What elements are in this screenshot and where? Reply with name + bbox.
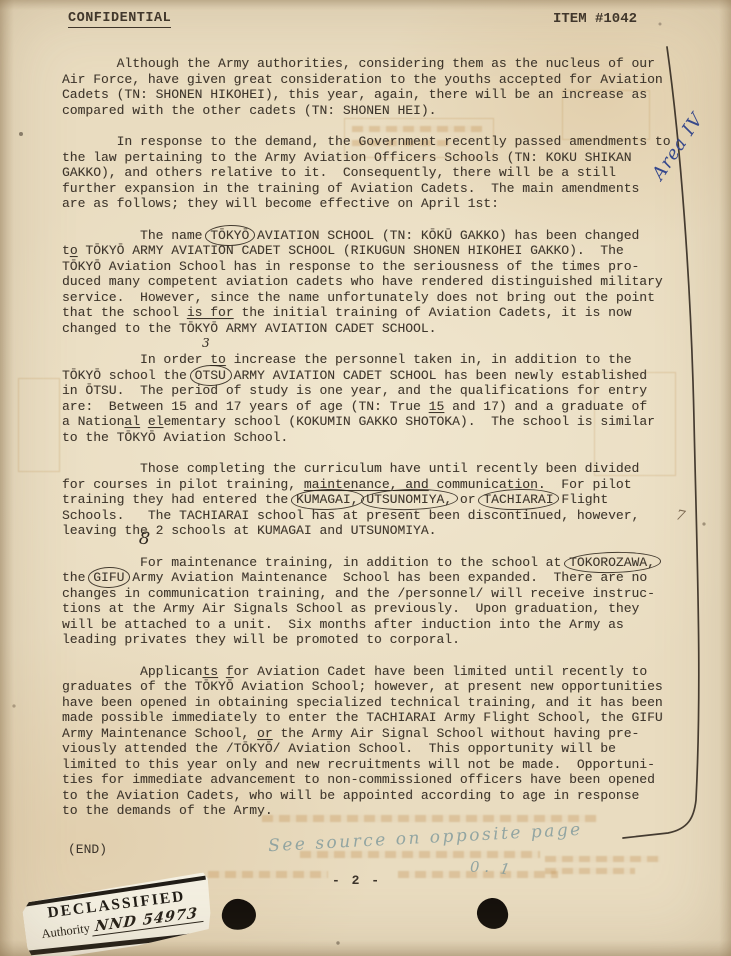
underlined-text: 15 xyxy=(429,399,445,414)
text-run: the xyxy=(62,570,93,585)
underlined-text: to xyxy=(210,352,226,367)
text-run: Although the Army authorities, consideri… xyxy=(62,56,663,118)
text-run: Applican xyxy=(62,664,202,679)
bleed-through-text xyxy=(208,871,328,878)
underlined-text: f xyxy=(226,664,234,679)
paragraph: Applicants for Aviation Cadet have been … xyxy=(62,664,702,819)
stamp-authority-label: Authority xyxy=(41,921,91,941)
underlined-text: o xyxy=(70,243,78,258)
underlined-text: el xyxy=(148,414,164,429)
text-run: In order xyxy=(62,352,210,367)
paragraph: The name TŌKYŌ AVIATION SCHOOL (TN: KŌKŪ… xyxy=(62,228,702,337)
page-number: - 2 - xyxy=(332,873,381,888)
text-run: or xyxy=(452,492,483,507)
pen-circled-word: KUMAGAI, xyxy=(296,492,358,508)
text-run: The name xyxy=(62,228,210,243)
pencil-mark: 0 . xyxy=(470,858,489,876)
underlined-text: ts xyxy=(202,664,218,679)
pen-circled-word: TOKOROZAWA, xyxy=(569,555,655,571)
declassified-stamp: DECLASSIFIED Authority NND 54973 xyxy=(20,872,215,956)
text-run: For maintenance training, in addition to… xyxy=(62,555,569,570)
end-marker: (END) xyxy=(68,842,107,857)
pen-circled-word: GIFU xyxy=(93,570,124,586)
text-run: Army Aviation Maintenance School has bee… xyxy=(62,570,655,647)
bleed-through-box xyxy=(18,378,60,472)
paragraph: In order to increase the personnel taken… xyxy=(62,352,702,445)
paragraph: For maintenance training, in addition to… xyxy=(62,555,702,648)
paragraph: Although the Army authorities, consideri… xyxy=(62,56,702,118)
document-page: CONFIDENTIAL ITEM #1042 Although the Arm… xyxy=(0,0,731,956)
text-run xyxy=(218,664,226,679)
body-text: Although the Army authorities, consideri… xyxy=(62,56,702,835)
text-run: In response to the demand, the Governmen… xyxy=(62,134,671,211)
handwritten-mark-3: 3 xyxy=(202,336,210,350)
pen-circled-word: UTSUNOMIYA, xyxy=(366,492,452,508)
underlined-text: maintenance, and xyxy=(304,477,429,492)
punch-hole xyxy=(475,896,509,930)
item-number: ITEM #1042 xyxy=(553,11,637,27)
bleed-through-text xyxy=(545,856,660,862)
paper-specks xyxy=(0,0,2,2)
pen-circled-word: OTSU xyxy=(195,368,226,384)
paragraph: In response to the demand, the Governmen… xyxy=(62,134,702,212)
handwritten-mark-8: 8 xyxy=(138,528,151,549)
text-run xyxy=(140,414,148,429)
punch-hole xyxy=(220,897,258,932)
paragraph: Those completing the curriculum have unt… xyxy=(62,461,702,539)
pen-circled-word: TACHIARAI xyxy=(483,492,553,508)
bleed-through-text xyxy=(545,868,635,874)
classification-marking: CONFIDENTIAL xyxy=(68,11,171,28)
underlined-text: is for xyxy=(187,305,234,320)
text-run xyxy=(358,492,366,507)
underlined-text: al xyxy=(124,414,140,429)
underlined-text: or xyxy=(257,726,273,741)
pen-circled-word: TŌKYŌ xyxy=(210,228,249,244)
